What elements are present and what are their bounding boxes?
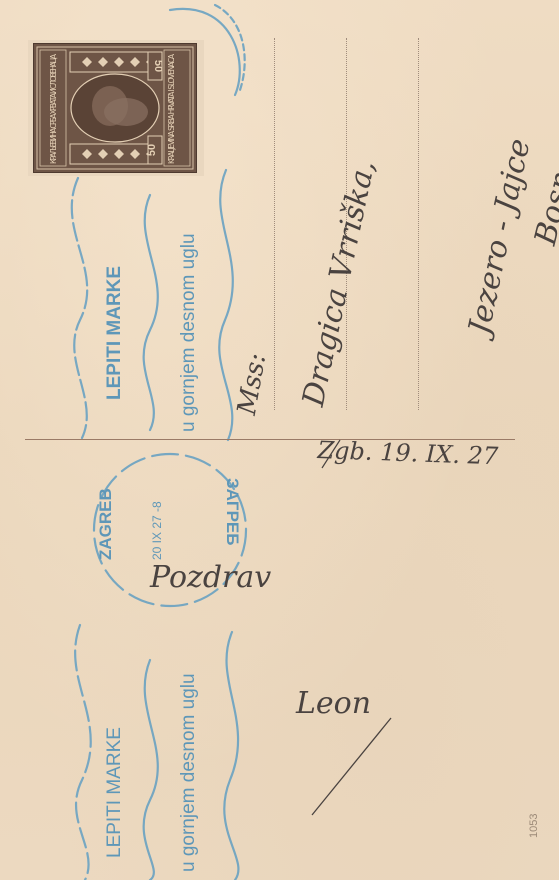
postmark-date: 20 IX 27 -8 (150, 501, 164, 560)
address-line-1 (274, 38, 275, 410)
slogan-top-line2: u gornjem desnom uglu (178, 233, 200, 432)
postmark-city-latin: ZAGREB (96, 488, 116, 560)
slogan-bottom-line1: LEPITI MARKE (104, 727, 126, 858)
message-signature: Leon (296, 686, 371, 721)
slogan-bottom-line2: u gornjem desnom uglu (178, 673, 200, 872)
serial-number: 1053 (528, 814, 540, 838)
message-greeting: Pozdrav (150, 560, 271, 595)
slogan-top-line1: LEPITI MARKE (104, 266, 126, 400)
address-line-3 (418, 38, 419, 410)
cancellation-marks (0, 0, 559, 880)
postmark-city-cyrillic: ЗАГРЕБ (222, 478, 242, 545)
postcard: 50 50 КРАЉЕВИНА СРБА ХРВАТА И СЛОВЕНАЦА … (0, 0, 559, 880)
